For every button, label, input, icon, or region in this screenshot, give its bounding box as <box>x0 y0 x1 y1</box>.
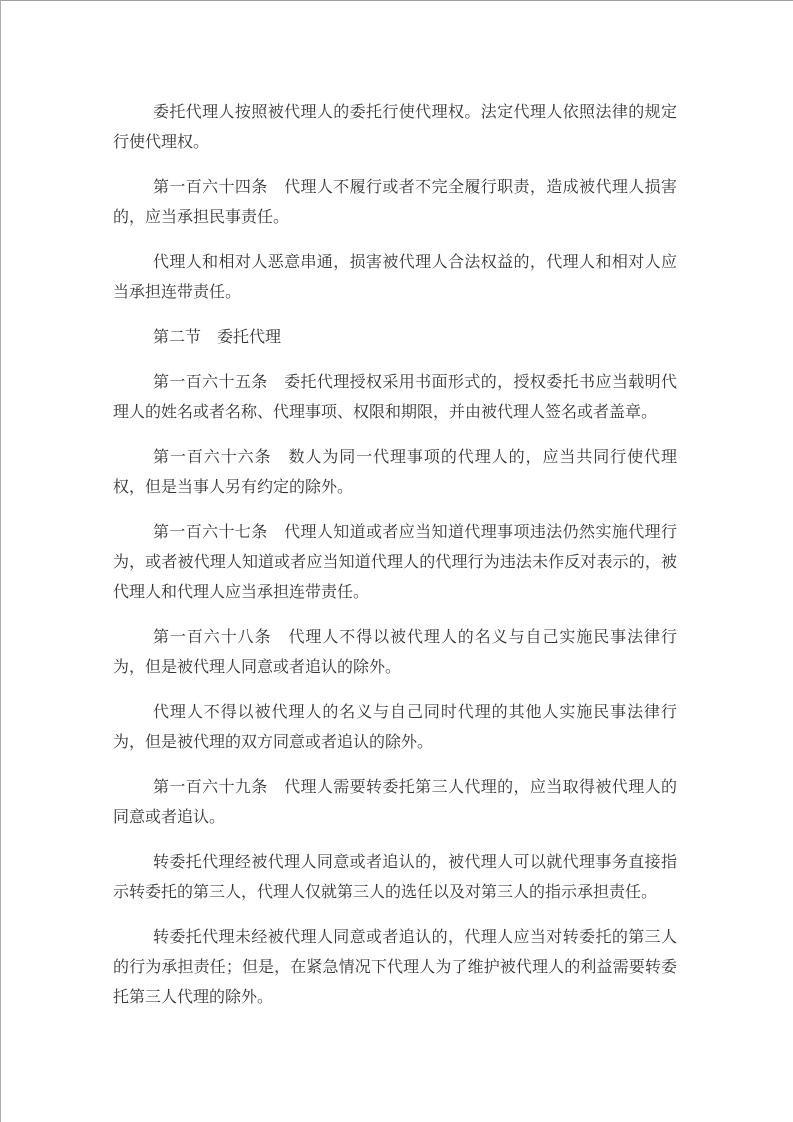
paragraph: 第一百六十七条 代理人知道或者应当知道代理事项违法仍然实施代理行为，或者被代理人… <box>113 518 677 608</box>
paragraph: 第一百六十五条 委托代理授权采用书面形式的，授权委托书应当载明代理人的姓名或者名… <box>113 368 677 428</box>
paragraph: 转委托代理未经被代理人同意或者追认的，代理人应当对转委托的第三人的行为承担责任；… <box>113 923 677 1013</box>
paragraph: 代理人和相对人恶意串通，损害被代理人合法权益的，代理人和相对人应当承担连带责任。 <box>113 248 677 308</box>
paragraph: 第一百六十九条 代理人需要转委托第三人代理的，应当取得被代理人的同意或者追认。 <box>113 773 677 833</box>
section-heading: 第二节 委托代理 <box>113 323 677 353</box>
paragraph: 第一百六十六条 数人为同一代理事项的代理人的，应当共同行使代理权，但是当事人另有… <box>113 443 677 503</box>
paragraph: 第一百六十四条 代理人不履行或者不完全履行职责，造成被代理人损害的，应当承担民事… <box>113 173 677 233</box>
paragraph: 转委托代理经被代理人同意或者追认的，被代理人可以就代理事务直接指示转委托的第三人… <box>113 848 677 908</box>
paragraph: 委托代理人按照被代理人的委托行使代理权。法定代理人依照法律的规定行使代理权。 <box>113 98 677 158</box>
paragraph: 代理人不得以被代理人的名义与自己同时代理的其他人实施民事法律行为，但是被代理的双… <box>113 698 677 758</box>
document-page: 委托代理人按照被代理人的委托行使代理权。法定代理人依照法律的规定行使代理权。第一… <box>0 0 793 1122</box>
document-body: 委托代理人按照被代理人的委托行使代理权。法定代理人依照法律的规定行使代理权。第一… <box>113 98 677 1028</box>
paragraph: 第一百六十八条 代理人不得以被代理人的名义与自己实施民事法律行为，但是被代理人同… <box>113 623 677 683</box>
